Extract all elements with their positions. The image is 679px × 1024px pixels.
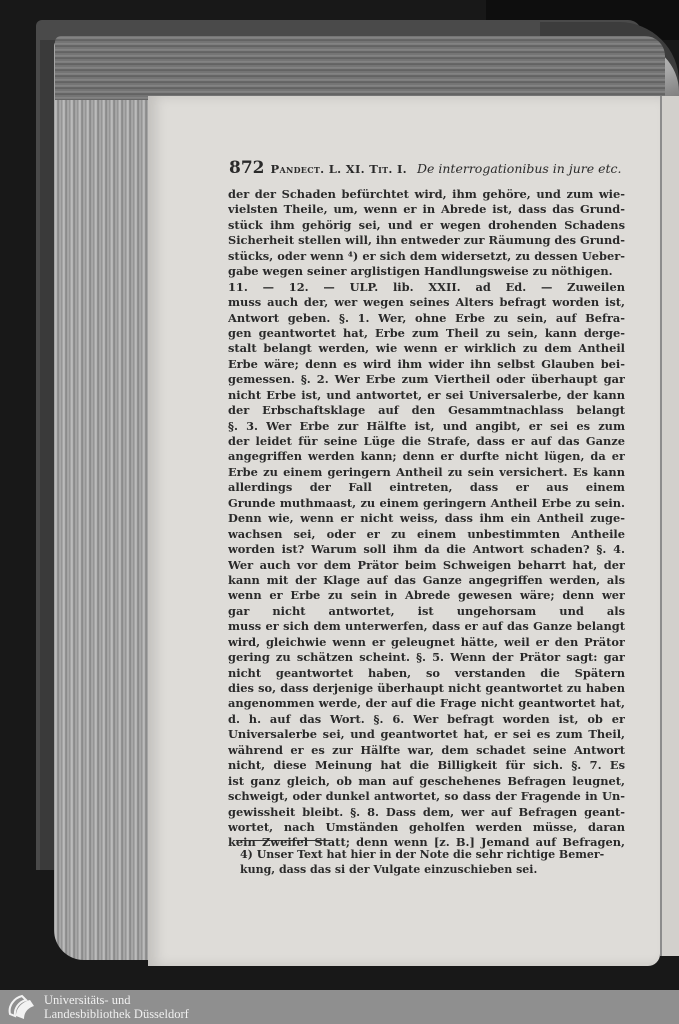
- text-line: während er es zur Hälfte war, dem schade…: [228, 743, 625, 758]
- institution-name: Universitäts- und Landesbibliothek Düsse…: [44, 993, 189, 1021]
- text-line: 11. — 12. — ULP. lib. XXII. ad Ed. — Zuw…: [228, 280, 625, 295]
- text-line: §. 3. Wer Erbe zur Hälfte ist, und angib…: [228, 419, 625, 434]
- text-line: der der Schaden befürchtet wird, ihm geh…: [228, 187, 625, 202]
- footnote-line: kung, dass das si der Vulgate einzuschie…: [240, 863, 625, 878]
- text-line: wachsen sei, oder er zu einem unbestimmt…: [228, 527, 625, 542]
- running-title: De interrogationibus in jure etc.: [417, 161, 622, 176]
- text-line: wortet, nach Umständen geholfen werden m…: [228, 820, 625, 835]
- text-line: muss auch der, wer wegen seines Alters b…: [228, 295, 625, 310]
- text-line: worden ist? Warum soll ihm da die Antwor…: [228, 542, 625, 557]
- text-line: Antwort geben. §. 1. Wer, ohne Erbe zu s…: [228, 311, 625, 326]
- text-line: gabe wegen seiner arglistigen Handlungsw…: [228, 264, 625, 279]
- text-line: muss er sich dem unterwerfen, dass er au…: [228, 619, 625, 634]
- text-line: der Erbschaftsklage auf den Gesammtnachl…: [228, 403, 625, 418]
- text-line: stalt belangt werden, wie wenn er wirkli…: [228, 341, 625, 356]
- text-line: Denn wie, wenn er nicht weiss, dass ihm …: [228, 511, 625, 526]
- text-line: vielsten Theile, um, wenn er in Abrede i…: [228, 202, 625, 217]
- footnote-line: 4) Unser Text hat hier in der Note die s…: [240, 848, 625, 863]
- text-line: gemessen. §. 2. Wer Erbe zum Viertheil o…: [228, 372, 625, 387]
- text-line: Erbe zu einem geringern Antheil zu sein …: [228, 465, 625, 480]
- text-line: gewissheit bleibt. §. 8. Dass dem, wer a…: [228, 805, 625, 820]
- text-line: Universalerbe sei, und geantwortet hat, …: [228, 727, 625, 742]
- page-stack-top: [55, 36, 665, 100]
- text-line: nicht Erbe ist, und antwortet, er sei Un…: [228, 388, 625, 403]
- text-line: Sicherheit stellen will, ihn entweder zu…: [228, 233, 625, 248]
- book-scan: 872 Pandect. L. XI. Tit. I. De interroga…: [0, 0, 679, 990]
- text-line: dies so, dass derjenige überhaupt nicht …: [228, 681, 625, 696]
- page-number: 872: [229, 158, 265, 178]
- text-line: ist ganz gleich, ob man auf geschehenes …: [228, 774, 625, 789]
- library-logo-icon: [4, 992, 38, 1022]
- text-line: d. h. auf das Wort. §. 6. Wer befragt wo…: [228, 712, 625, 727]
- footnote: 4) Unser Text hat hier in der Note die s…: [240, 848, 625, 877]
- text-line: schweigt, oder dunkel antwortet, so dass…: [228, 789, 625, 804]
- text-line: wird, gleichwie wenn er geleugnet hätte,…: [228, 635, 625, 650]
- text-line: wenn er Erbe zu sein in Abrede gewesen w…: [228, 588, 625, 603]
- text-line: Grunde muthmaast, zu einem geringern Ant…: [228, 496, 625, 511]
- institution-line-1: Universitäts- und: [44, 993, 189, 1007]
- text-line: gering zu schätzen scheint. §. 5. Wenn d…: [228, 650, 625, 665]
- text-line: stück ihm gehörig sei, und er wegen droh…: [228, 218, 625, 233]
- text-line: der leidet für seine Lüge die Strafe, da…: [228, 434, 625, 449]
- facing-page-edge: [660, 96, 679, 956]
- text-line: Erbe wäre; denn es wird ihm wider ihn se…: [228, 357, 625, 372]
- text-line: allerdings der Fall eintreten, dass er a…: [228, 480, 625, 495]
- text-line: nicht, diese Meinung hat die Billigkeit …: [228, 758, 625, 773]
- page-body-text: der der Schaden befürchtet wird, ihm geh…: [228, 187, 625, 851]
- footnote-rule: [236, 840, 330, 841]
- running-head: Pandect. L. XI. Tit. I.: [271, 162, 407, 176]
- institution-line-2: Landesbibliothek Düsseldorf: [44, 1007, 189, 1021]
- text-line: angenommen werde, der auf die Frage nich…: [228, 696, 625, 711]
- text-line: kann mit der Klage auf das Ganze angegri…: [228, 573, 625, 588]
- text-line: stücks, oder wenn ⁴) er sich dem widerse…: [228, 249, 625, 264]
- text-line: gen geantwortet hat, Erbe zum Theil zu s…: [228, 326, 625, 341]
- text-line: angegriffen werden kann; denn er durfte …: [228, 449, 625, 464]
- text-line: gar nicht antwortet, ist ungehorsam und …: [228, 604, 625, 619]
- page-header: 872 Pandect. L. XI. Tit. I. De interroga…: [229, 158, 624, 178]
- text-line: nicht geantwortet haben, so verstanden d…: [228, 666, 625, 681]
- text-line: Wer auch vor dem Prätor beim Schweigen b…: [228, 558, 625, 573]
- footer-bar: Universitäts- und Landesbibliothek Düsse…: [0, 990, 679, 1024]
- page-stack-left: [54, 40, 154, 960]
